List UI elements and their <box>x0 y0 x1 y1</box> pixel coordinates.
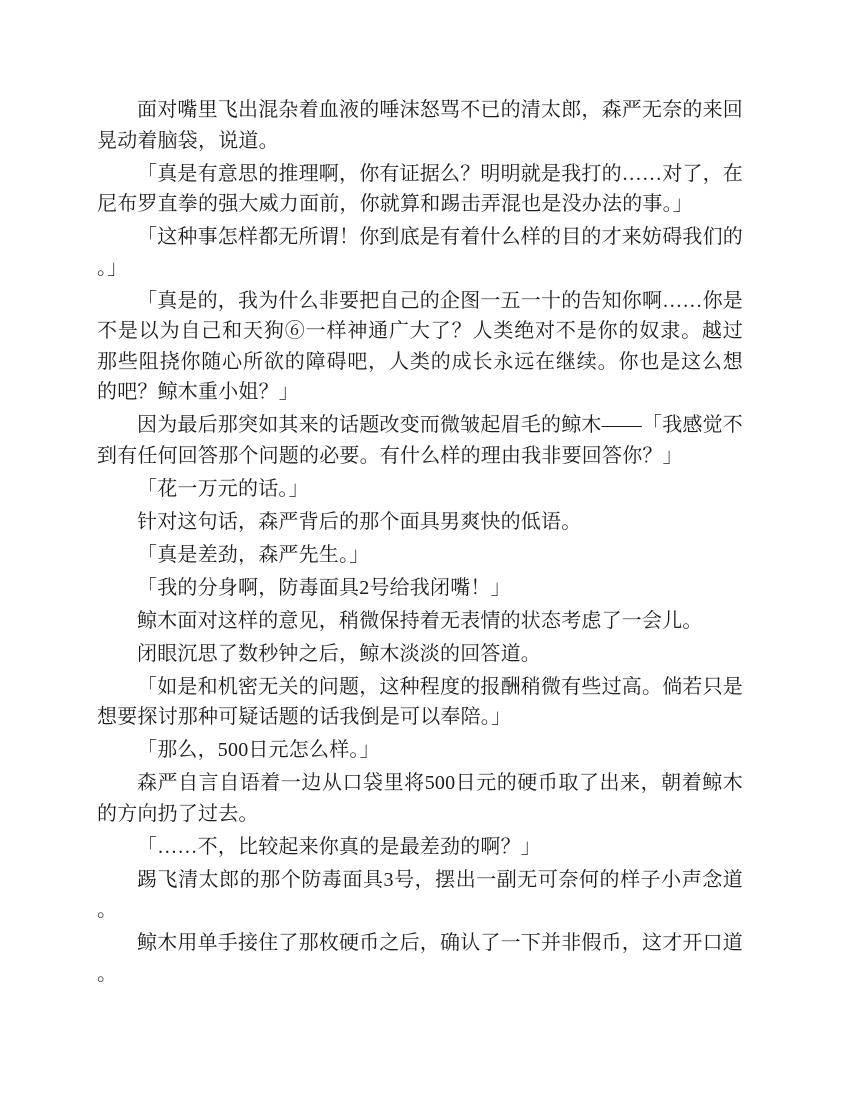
paragraph: 「那么，500日元怎么样。」 <box>97 735 743 766</box>
paragraph: 森严自言自语着一边从口袋里将500日元的硬币取了出来，朝着鲸木的方向扔了过去。 <box>97 768 743 829</box>
paragraph: 「如是和机密无关的问题，这种程度的报酬稍微有些过高。倘若只是想要探讨那种可疑话题… <box>97 672 743 733</box>
document-page: { "page": { "background_color": "#ffffff… <box>0 0 850 1100</box>
page: 面对嘴里飞出混杂着血液的唾沫怒骂不已的清太郎，森严无奈的来回晃动着脑袋，说道。「… <box>0 0 850 1100</box>
paragraph: 鲸木面对这样的意见，稍微保持着无表情的状态考虑了一会儿。 <box>97 606 743 637</box>
paragraph: 「真是差劲，森严先生。」 <box>97 540 743 571</box>
text-column: 面对嘴里飞出混杂着血液的唾沫怒骂不已的清太郎，森严无奈的来回晃动着脑袋，说道。「… <box>97 95 743 992</box>
paragraph: 鲸木用单手接住了那枚硬币之后，确认了一下并非假币，这才开口道。 <box>97 928 743 989</box>
paragraph: 「这种事怎样都无所谓！你到底是有着什么样的目的才来妨碍我们的。」 <box>97 222 743 283</box>
paragraph: 「我的分身啊，防毒面具2号给我闭嘴！」 <box>97 573 743 604</box>
paragraph: 针对这句话，森严背后的那个面具男爽快的低语。 <box>97 507 743 538</box>
paragraph: 闭眼沉思了数秒钟之后，鲸木淡淡的回答道。 <box>97 639 743 670</box>
paragraph: 「真是有意思的推理啊，你有证据么？明明就是我打的……对了，在尼布罗直拳的强大威力… <box>97 159 743 220</box>
paragraph: 因为最后那突如其来的话题改变而微皱起眉毛的鲸木——「我感觉不到有任何回答那个问题… <box>97 410 743 471</box>
paragraph: 面对嘴里飞出混杂着血液的唾沫怒骂不已的清太郎，森严无奈的来回晃动着脑袋，说道。 <box>97 95 743 156</box>
paragraph: 「真是的，我为什么非要把自己的企图一五一十的告知你啊……你是不是以为自己和天狗⑥… <box>97 286 743 408</box>
paragraph: 踢飞清太郎的那个防毒面具3号，摆出一副无可奈何的样子小声念道。 <box>97 865 743 926</box>
paragraph: 「花一万元的话。」 <box>97 474 743 505</box>
paragraph: 「……不，比较起来你真的是最差劲的啊？」 <box>97 832 743 863</box>
